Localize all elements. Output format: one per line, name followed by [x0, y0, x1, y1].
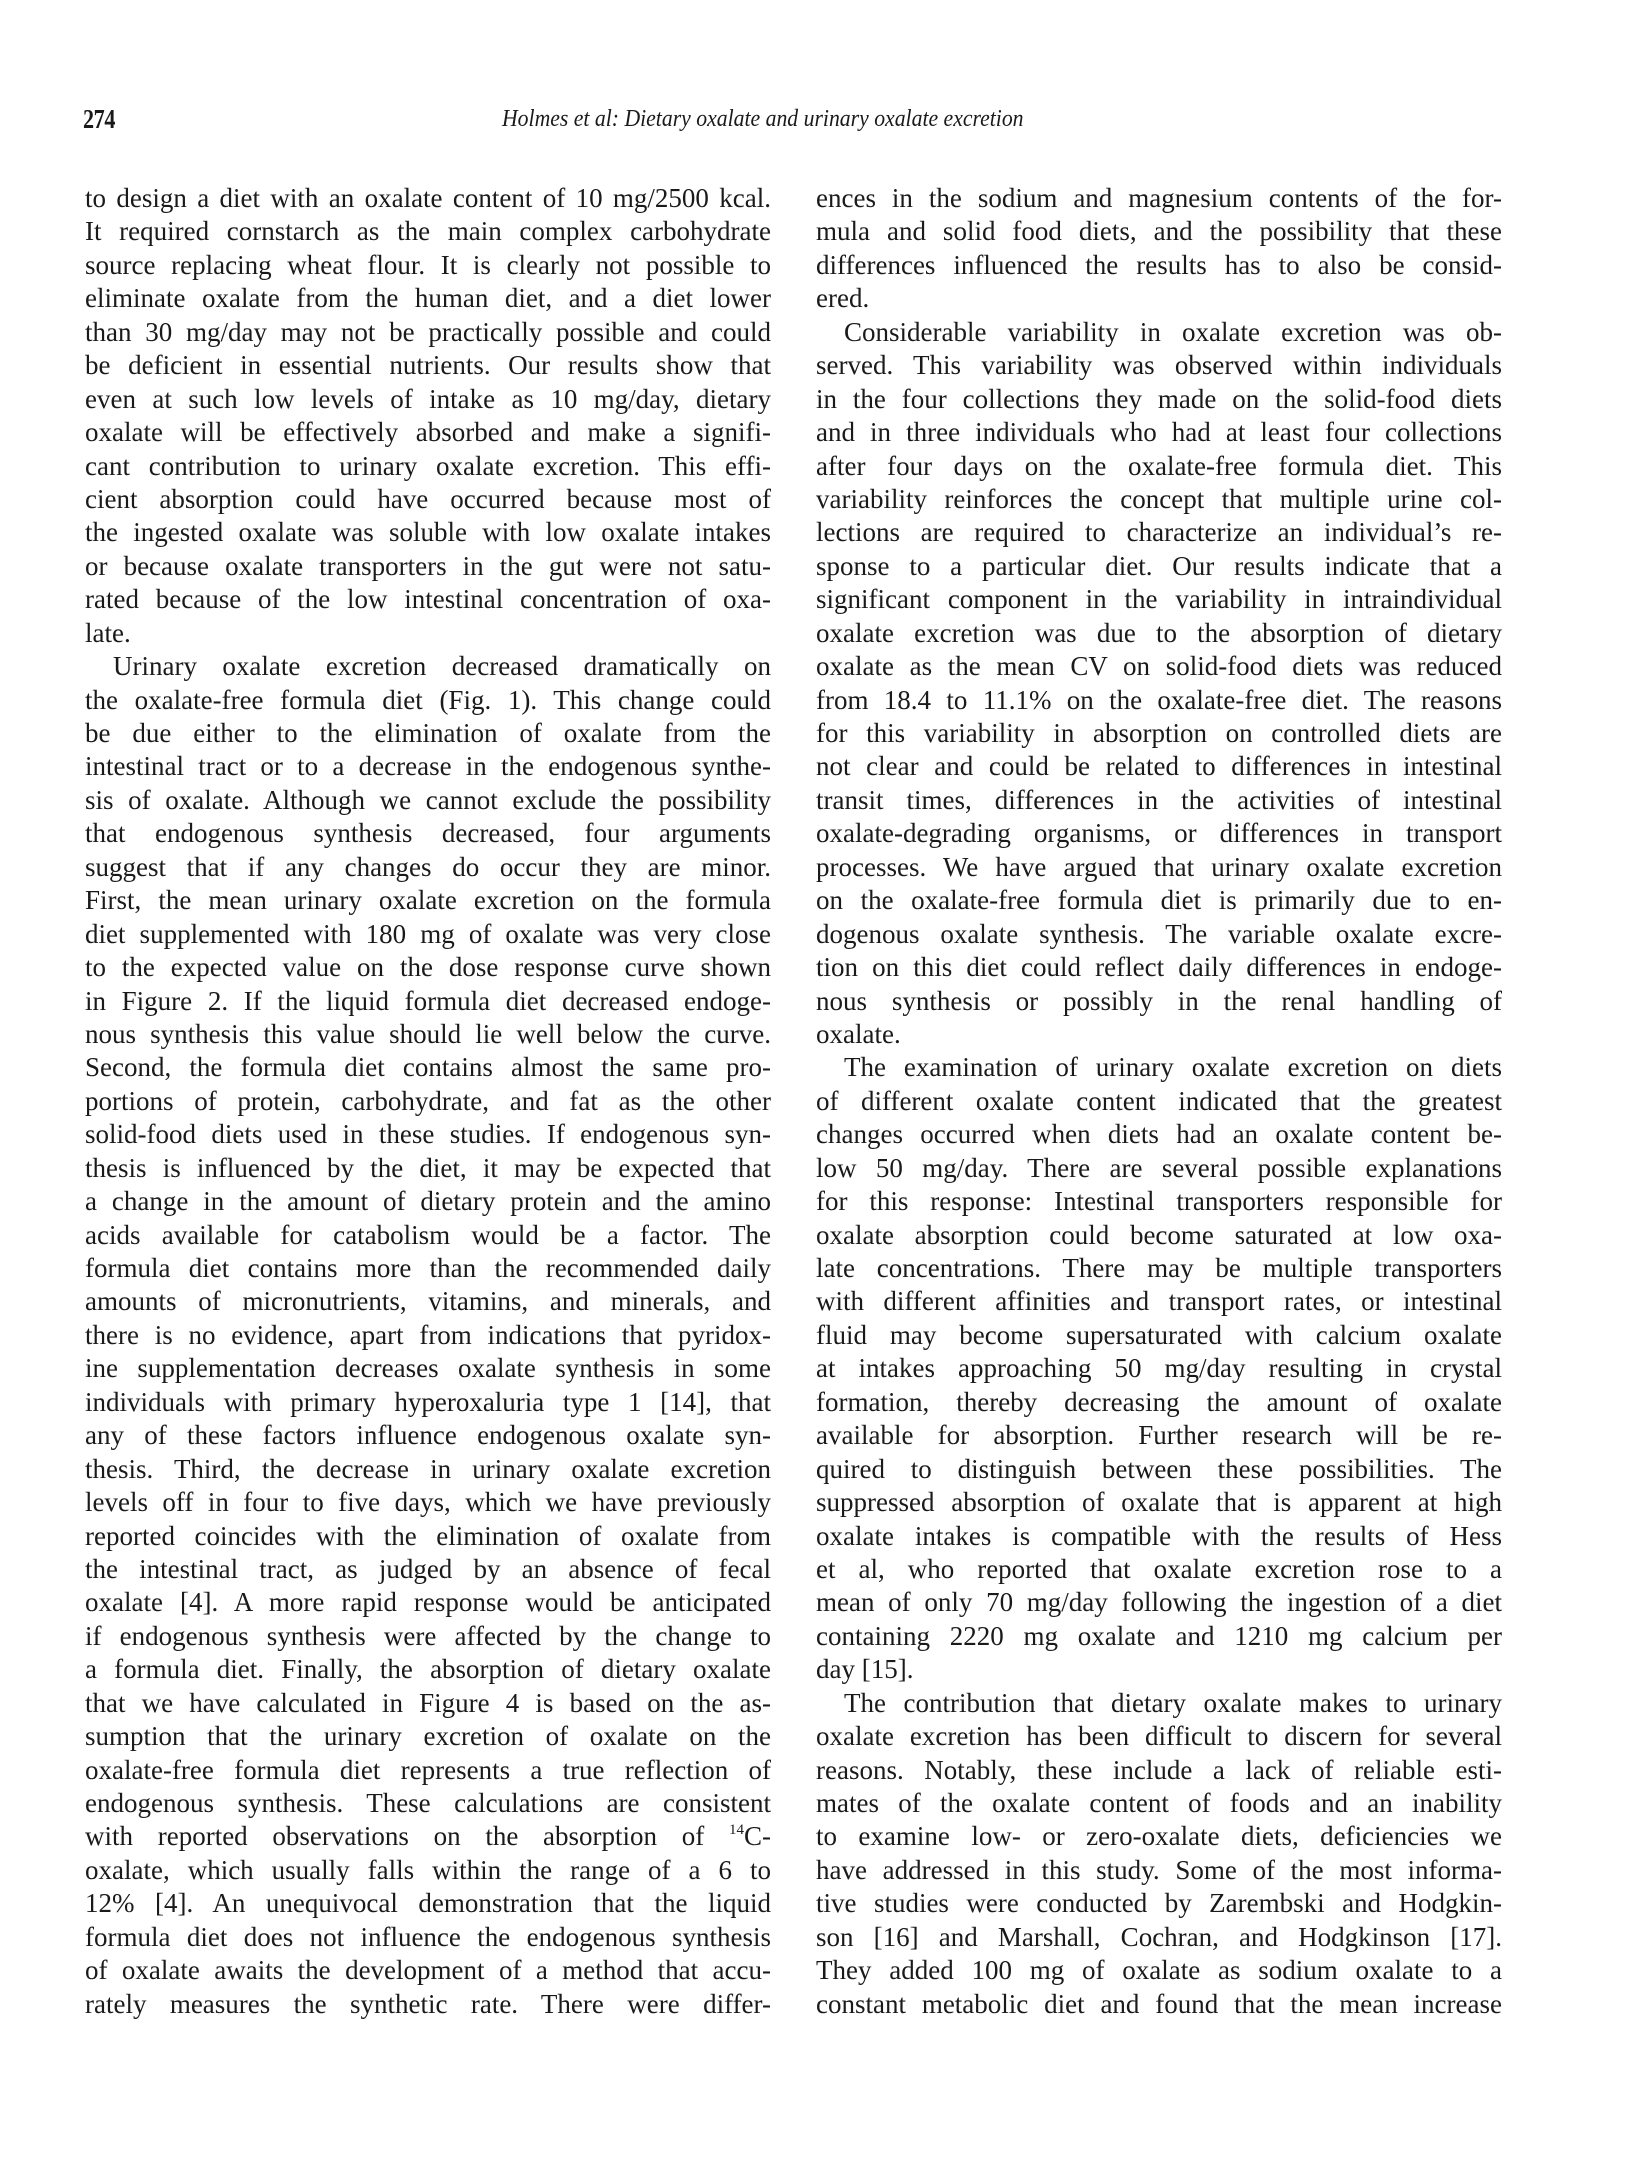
text-line: mean of only 70 mg/day following the ing…	[816, 1586, 1502, 1619]
text-line: oxalate excretion was due to the absorpt…	[816, 617, 1502, 650]
text-line: Urinary oxalate excretion decreased dram…	[85, 650, 771, 683]
text-line: a change in the amount of dietary protei…	[85, 1185, 771, 1218]
text-line: sponse to a particular diet. Our results…	[816, 550, 1502, 583]
text-line: ine supplementation decreases oxalate sy…	[85, 1352, 771, 1385]
right-column: ences in the sodium and magnesium conten…	[816, 182, 1502, 2021]
left-column: to design a diet with an oxalate content…	[85, 182, 771, 2021]
text-line: oxalate.	[816, 1018, 1502, 1051]
text-line: there is no evidence, apart from indicat…	[85, 1319, 771, 1352]
text-line: sis of oxalate. Although we cannot exclu…	[85, 784, 771, 817]
text-line: oxalate as the mean CV on solid-food die…	[816, 650, 1502, 683]
text-line: thesis is influenced by the diet, it may…	[85, 1152, 771, 1185]
text-line: the ingested oxalate was soluble with lo…	[85, 516, 771, 549]
text-line: levels off in four to five days, which w…	[85, 1486, 771, 1519]
text-line: with reported observations on the absorp…	[85, 1820, 771, 1853]
text-line: rately measures the synthetic rate. Ther…	[85, 1988, 771, 2021]
text-line: in Figure 2. If the liquid formula diet …	[85, 985, 771, 1018]
text-line: be deficient in essential nutrients. Our…	[85, 349, 771, 382]
text-line: day [15].	[816, 1653, 1502, 1686]
text-line: the oxalate-free formula diet (Fig. 1). …	[85, 684, 771, 717]
text-line: to design a diet with an oxalate content…	[85, 182, 771, 215]
text-line: late concentrations. There may be multip…	[816, 1252, 1502, 1285]
text-line: quired to distinguish between these poss…	[816, 1453, 1502, 1486]
text-line: oxalate, which usually falls within the …	[85, 1854, 771, 1887]
text-line: sumption that the urinary excretion of o…	[85, 1720, 771, 1753]
text-line: processes. We have argued that urinary o…	[816, 851, 1502, 884]
text-line: available for absorption. Further resear…	[816, 1419, 1502, 1452]
text-line: not clear and could be related to differ…	[816, 750, 1502, 783]
text-line: ences in the sodium and magnesium conten…	[816, 182, 1502, 215]
text-line: nous synthesis or possibly in the renal …	[816, 985, 1502, 1018]
text-line: lections are required to characterize an…	[816, 516, 1502, 549]
text-line: after four days on the oxalate-free form…	[816, 450, 1502, 483]
text-line: formula diet does not influence the endo…	[85, 1921, 771, 1954]
text-line: mula and solid food diets, and the possi…	[816, 215, 1502, 248]
text-line: served. This variability was observed wi…	[816, 349, 1502, 382]
text-line: that we have calculated in Figure 4 is b…	[85, 1687, 771, 1720]
text-line: First, the mean urinary oxalate excretio…	[85, 884, 771, 917]
text-line: with different affinities and transport …	[816, 1285, 1502, 1318]
text-line: oxalate-free formula diet represents a t…	[85, 1754, 771, 1787]
text-line: variability reinforces the concept that …	[816, 483, 1502, 516]
text-line: oxalate excretion has been difficult to …	[816, 1720, 1502, 1753]
text-line: solid-food diets used in these studies. …	[85, 1118, 771, 1151]
text-line: cient absorption could have occurred bec…	[85, 483, 771, 516]
text-line: reported coincides with the elimination …	[85, 1520, 771, 1553]
text-line: amounts of micronutrients, vitamins, and…	[85, 1285, 771, 1318]
text-line: diet supplemented with 180 mg of oxalate…	[85, 918, 771, 951]
text-line: constant metabolic diet and found that t…	[816, 1988, 1502, 2021]
running-title: Holmes et al: Dietary oxalate and urinar…	[502, 106, 1024, 133]
text-line: for this variability in absorption on co…	[816, 717, 1502, 750]
text-line: It required cornstarch as the main compl…	[85, 215, 771, 248]
text-line: fluid may become supersaturated with cal…	[816, 1319, 1502, 1352]
text-line: son [16] and Marshall, Cochran, and Hodg…	[816, 1921, 1502, 1954]
text-line: 12% [4]. An unequivocal demonstration th…	[85, 1887, 771, 1920]
text-line: individuals with primary hyperoxaluria t…	[85, 1386, 771, 1419]
text-line: containing 2220 mg oxalate and 1210 mg c…	[816, 1620, 1502, 1653]
text-line: of different oxalate content indicated t…	[816, 1085, 1502, 1118]
text-line: of oxalate awaits the development of a m…	[85, 1954, 771, 1987]
text-line: suggest that if any changes do occur the…	[85, 851, 771, 884]
text-line: acids available for catabolism would be …	[85, 1219, 771, 1252]
text-line: differences influenced the results has t…	[816, 249, 1502, 282]
text-line: at intakes approaching 50 mg/day resulti…	[816, 1352, 1502, 1385]
text-line: or because oxalate transporters in the g…	[85, 550, 771, 583]
text-line: eliminate oxalate from the human diet, a…	[85, 282, 771, 315]
text-line: tion on this diet could reflect daily di…	[816, 951, 1502, 984]
text-line: late.	[85, 617, 771, 650]
running-head: 274 Holmes et al: Dietary oxalate and ur…	[0, 104, 1625, 140]
text-line: for this response: Intestinal transporte…	[816, 1185, 1502, 1218]
text-segment: with reported observations on the absorp…	[85, 1821, 729, 1851]
text-line: oxalate will be effectively absorbed and…	[85, 416, 771, 449]
text-line: a formula diet. Finally, the absorption …	[85, 1653, 771, 1686]
text-line: reasons. Notably, these include a lack o…	[816, 1754, 1502, 1787]
text-line: to examine low- or zero-oxalate diets, d…	[816, 1820, 1502, 1853]
text-line: nous synthesis this value should lie wel…	[85, 1018, 771, 1051]
text-line: formation, thereby decreasing the amount…	[816, 1386, 1502, 1419]
text-line: The examination of urinary oxalate excre…	[816, 1051, 1502, 1084]
text-line: oxalate-degrading organisms, or differen…	[816, 817, 1502, 850]
text-line: in the four collections they made on the…	[816, 383, 1502, 416]
text-line: any of these factors influence endogenou…	[85, 1419, 771, 1452]
text-line: changes occurred when diets had an oxala…	[816, 1118, 1502, 1151]
text-line: mates of the oxalate content of foods an…	[816, 1787, 1502, 1820]
text-line: intestinal tract or to a decrease in the…	[85, 750, 771, 783]
text-line: to the expected value on the dose respon…	[85, 951, 771, 984]
text-line: oxalate [4]. A more rapid response would…	[85, 1586, 771, 1619]
text-line: that endogenous synthesis decreased, fou…	[85, 817, 771, 850]
text-line: suppressed absorption of oxalate that is…	[816, 1486, 1502, 1519]
text-line: than 30 mg/day may not be practically po…	[85, 316, 771, 349]
text-line: Second, the formula diet contains almost…	[85, 1051, 771, 1084]
text-line: rated because of the low intestinal conc…	[85, 583, 771, 616]
page-number: 274	[83, 104, 115, 135]
text-line: and in three individuals who had at leas…	[816, 416, 1502, 449]
text-line: Considerable variability in oxalate excr…	[816, 316, 1502, 349]
text-line: cant contribution to urinary oxalate exc…	[85, 450, 771, 483]
text-segment: C-	[744, 1821, 771, 1851]
text-line: if endogenous synthesis were affected by…	[85, 1620, 771, 1653]
text-line: oxalate absorption could become saturate…	[816, 1219, 1502, 1252]
text-line: on the oxalate-free formula diet is prim…	[816, 884, 1502, 917]
text-line: et al, who reported that oxalate excreti…	[816, 1553, 1502, 1586]
text-line: transit times, differences in the activi…	[816, 784, 1502, 817]
isotope-superscript: 14	[729, 1822, 744, 1838]
text-line: significant component in the variability…	[816, 583, 1502, 616]
text-line: be due either to the elimination of oxal…	[85, 717, 771, 750]
text-line: source replacing wheat flour. It is clea…	[85, 249, 771, 282]
text-line: low 50 mg/day. There are several possibl…	[816, 1152, 1502, 1185]
text-line: They added 100 mg of oxalate as sodium o…	[816, 1954, 1502, 1987]
text-line: portions of protein, carbohydrate, and f…	[85, 1085, 771, 1118]
text-line: endogenous synthesis. These calculations…	[85, 1787, 771, 1820]
text-line: oxalate intakes is compatible with the r…	[816, 1520, 1502, 1553]
text-line: have addressed in this study. Some of th…	[816, 1854, 1502, 1887]
text-line: dogenous oxalate synthesis. The variable…	[816, 918, 1502, 951]
text-line: from 18.4 to 11.1% on the oxalate-free d…	[816, 684, 1502, 717]
text-line: tive studies were conducted by Zarembski…	[816, 1887, 1502, 1920]
text-line: ered.	[816, 282, 1502, 315]
text-line: even at such low levels of intake as 10 …	[85, 383, 771, 416]
text-line: formula diet contains more than the reco…	[85, 1252, 771, 1285]
text-line: thesis. Third, the decrease in urinary o…	[85, 1453, 771, 1486]
text-line: The contribution that dietary oxalate ma…	[816, 1687, 1502, 1720]
text-line: the intestinal tract, as judged by an ab…	[85, 1553, 771, 1586]
